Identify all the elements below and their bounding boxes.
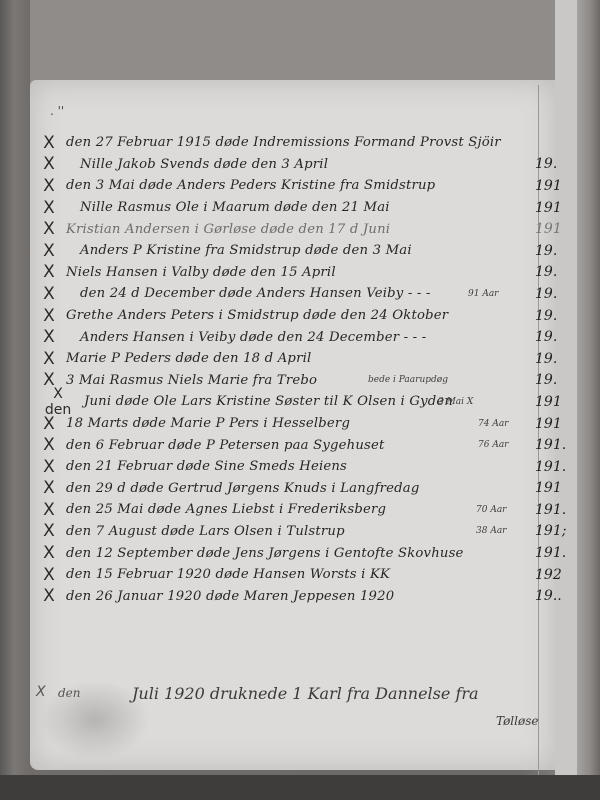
check-mark-icon: X: [38, 414, 60, 434]
entry-note: 70 Aar: [476, 505, 506, 515]
register-row: XAnders P Kristine fra Smidstrup døde de…: [38, 240, 598, 262]
entry-text: den 24 d December døde Anders Hansen Vei…: [60, 286, 598, 301]
register-row: Xden 3 Mai døde Anders Peders Kristine f…: [38, 175, 598, 197]
entry-note: 74 Aar: [478, 419, 508, 429]
entry-year: 191;: [535, 523, 575, 539]
entry-text: Marie P Peders døde den 18 d April: [60, 351, 598, 366]
check-mark-icon: X: [38, 435, 60, 455]
footer-entry: X den Juli 1920 druknede 1 Karl fra Dann…: [36, 680, 556, 720]
entry-year: 19..: [535, 588, 575, 604]
entry-text: den 26 Januar 1920 døde Maren Jeppesen 1…: [60, 589, 598, 604]
entry-year: 191: [535, 416, 575, 432]
check-mark-icon: X: [38, 154, 60, 174]
entry-text: den 29 d døde Gertrud Jørgens Knuds i La…: [60, 481, 598, 496]
entry-year: 19.: [535, 351, 575, 367]
entry-text: den 21 Februar døde Sine Smeds Heiens: [60, 459, 598, 474]
check-mark-icon: X: [38, 586, 60, 606]
register-row: Xden 25 Mai døde Agnes Liebst i Frederik…: [38, 499, 598, 521]
entry-text: Nille Jakob Svends døde den 3 April: [60, 157, 598, 172]
entry-year: 191: [535, 178, 575, 194]
entry-note: 76 Aar: [478, 440, 508, 450]
register-row: X denJuni døde Ole Lars Kristine Søster …: [38, 391, 598, 413]
entry-year: 19.: [535, 243, 575, 259]
entry-text: Juni døde Ole Lars Kristine Søster til K…: [78, 394, 598, 409]
entry-text: Grethe Anders Peters i Smidstrup døde de…: [60, 308, 598, 323]
register-row: XNille Rasmus Ole i Maarum døde den 21 M…: [38, 197, 598, 219]
footer-subtext: Tølløse: [496, 714, 538, 728]
register-row: X3 Mai Rasmus Niels Marie fra Trebobede …: [38, 370, 598, 392]
entry-year: 191.: [535, 545, 575, 561]
entry-year: 19.: [535, 372, 575, 388]
footer-den: den: [58, 686, 81, 700]
entry-text: den 7 August døde Lars Olsen i Tulstrup: [60, 524, 598, 539]
register-row: XNiels Hansen i Valby døde den 15 April1…: [38, 262, 598, 284]
entry-year: 191.: [535, 437, 575, 453]
entry-text: 18 Marts døde Marie P Pers i Hesselberg: [60, 416, 598, 431]
check-mark-icon: X: [38, 349, 60, 369]
entry-text: 3 Mai Rasmus Niels Marie fra Trebo: [60, 373, 598, 388]
entry-text: Anders Hansen i Veiby døde den 24 Decemb…: [60, 330, 598, 345]
register-row: Xden 12 September døde Jens Jørgens i Ge…: [38, 542, 598, 564]
check-mark-icon: X: [38, 327, 60, 347]
check-mark-icon: X: [38, 262, 60, 282]
page-shadow-bottom: [0, 775, 600, 800]
register-row: Xden 6 Februar døde P Petersen paa Sygeh…: [38, 434, 598, 456]
entry-text: Nille Rasmus Ole i Maarum døde den 21 Ma…: [60, 200, 598, 215]
register-row: Xden 29 d døde Gertrud Jørgens Knuds i L…: [38, 478, 598, 500]
entry-year: 191: [535, 480, 575, 496]
entry-year: 19.: [535, 286, 575, 302]
entry-note: 38 Aar: [476, 526, 506, 536]
page-shadow-top: [30, 0, 555, 87]
entry-note: bede i Paarupdøg: [368, 375, 448, 385]
check-mark-icon: X: [38, 176, 60, 196]
check-mark-icon: X: [38, 306, 60, 326]
entry-text: den 12 September døde Jens Jørgens i Gen…: [60, 546, 598, 561]
check-mark-icon: X: [38, 521, 60, 541]
entry-text: den 3 Mai døde Anders Peders Kristine fr…: [60, 178, 598, 193]
register-row: XNille Jakob Svends døde den 3 April19.: [38, 154, 598, 176]
register-row: X18 Marts døde Marie P Pers i Hesselberg…: [38, 413, 598, 435]
entry-text: den 15 Februar 1920 døde Hansen Worsts i…: [60, 567, 598, 582]
check-mark-icon: X: [38, 198, 60, 218]
top-marks: . '': [50, 104, 64, 118]
entry-year: 19.: [535, 156, 575, 172]
register-row: Xden 7 August døde Lars Olsen i Tulstrup…: [38, 521, 598, 543]
register-row: Xden 24 d December døde Anders Hansen Ve…: [38, 283, 598, 305]
entry-year: 191.: [535, 459, 575, 475]
entry-year: 19.: [535, 308, 575, 324]
entry-text: den 27 Februar 1915 døde Indremissions F…: [60, 135, 598, 150]
check-mark-icon: X: [38, 284, 60, 304]
register-entries: Xden 27 Februar 1915 døde Indremissions …: [38, 132, 598, 607]
entry-year: 191.: [535, 502, 575, 518]
check-mark-icon: X: [38, 457, 60, 477]
register-row: XKristian Andersen i Gørløse døde den 17…: [38, 218, 598, 240]
entry-year: 19.: [535, 264, 575, 280]
entry-text: den 25 Mai døde Agnes Liebst i Frederiks…: [60, 502, 598, 517]
register-row: XMarie P Peders døde den 18 d April19.: [38, 348, 598, 370]
check-mark-icon: X: [38, 219, 60, 239]
entry-year: 19.: [535, 329, 575, 345]
check-mark-icon: X: [38, 478, 60, 498]
check-mark-icon: X: [38, 133, 60, 153]
entry-text: Kristian Andersen i Gørløse døde den 17 …: [60, 222, 598, 237]
register-row: Xden 15 Februar 1920 døde Hansen Worsts …: [38, 564, 598, 586]
register-row: XAnders Hansen i Veiby døde den 24 Decem…: [38, 326, 598, 348]
entry-text: den 6 Februar døde P Petersen paa Sygehu…: [60, 438, 598, 453]
check-mark-icon: X: [38, 543, 60, 563]
footer-text: Juli 1920 druknede 1 Karl fra Dannelse f…: [132, 684, 479, 703]
register-row: Xden 21 Februar døde Sine Smeds Heiens19…: [38, 456, 598, 478]
register-row: Xden 27 Februar 1915 døde Indremissions …: [38, 132, 598, 154]
check-mark-icon: X: [38, 565, 60, 585]
entry-year: 191: [535, 394, 575, 410]
entry-note: 91 Aar: [468, 289, 498, 299]
entry-text: Anders P Kristine fra Smidstrup døde den…: [60, 243, 598, 258]
entry-year: 192: [535, 567, 575, 583]
check-mark-icon: X: [38, 241, 60, 261]
check-mark-icon: X: [36, 684, 46, 700]
entry-year: 191: [535, 200, 575, 216]
register-row: Xden 26 Januar 1920 døde Maren Jeppesen …: [38, 585, 598, 607]
entry-note: 3 Mai X: [438, 397, 473, 407]
register-row: XGrethe Anders Peters i Smidstrup døde d…: [38, 305, 598, 327]
entry-year: 191: [535, 221, 575, 237]
entry-text: Niels Hansen i Valby døde den 15 April: [60, 265, 598, 280]
check-mark-icon: X: [38, 500, 60, 520]
